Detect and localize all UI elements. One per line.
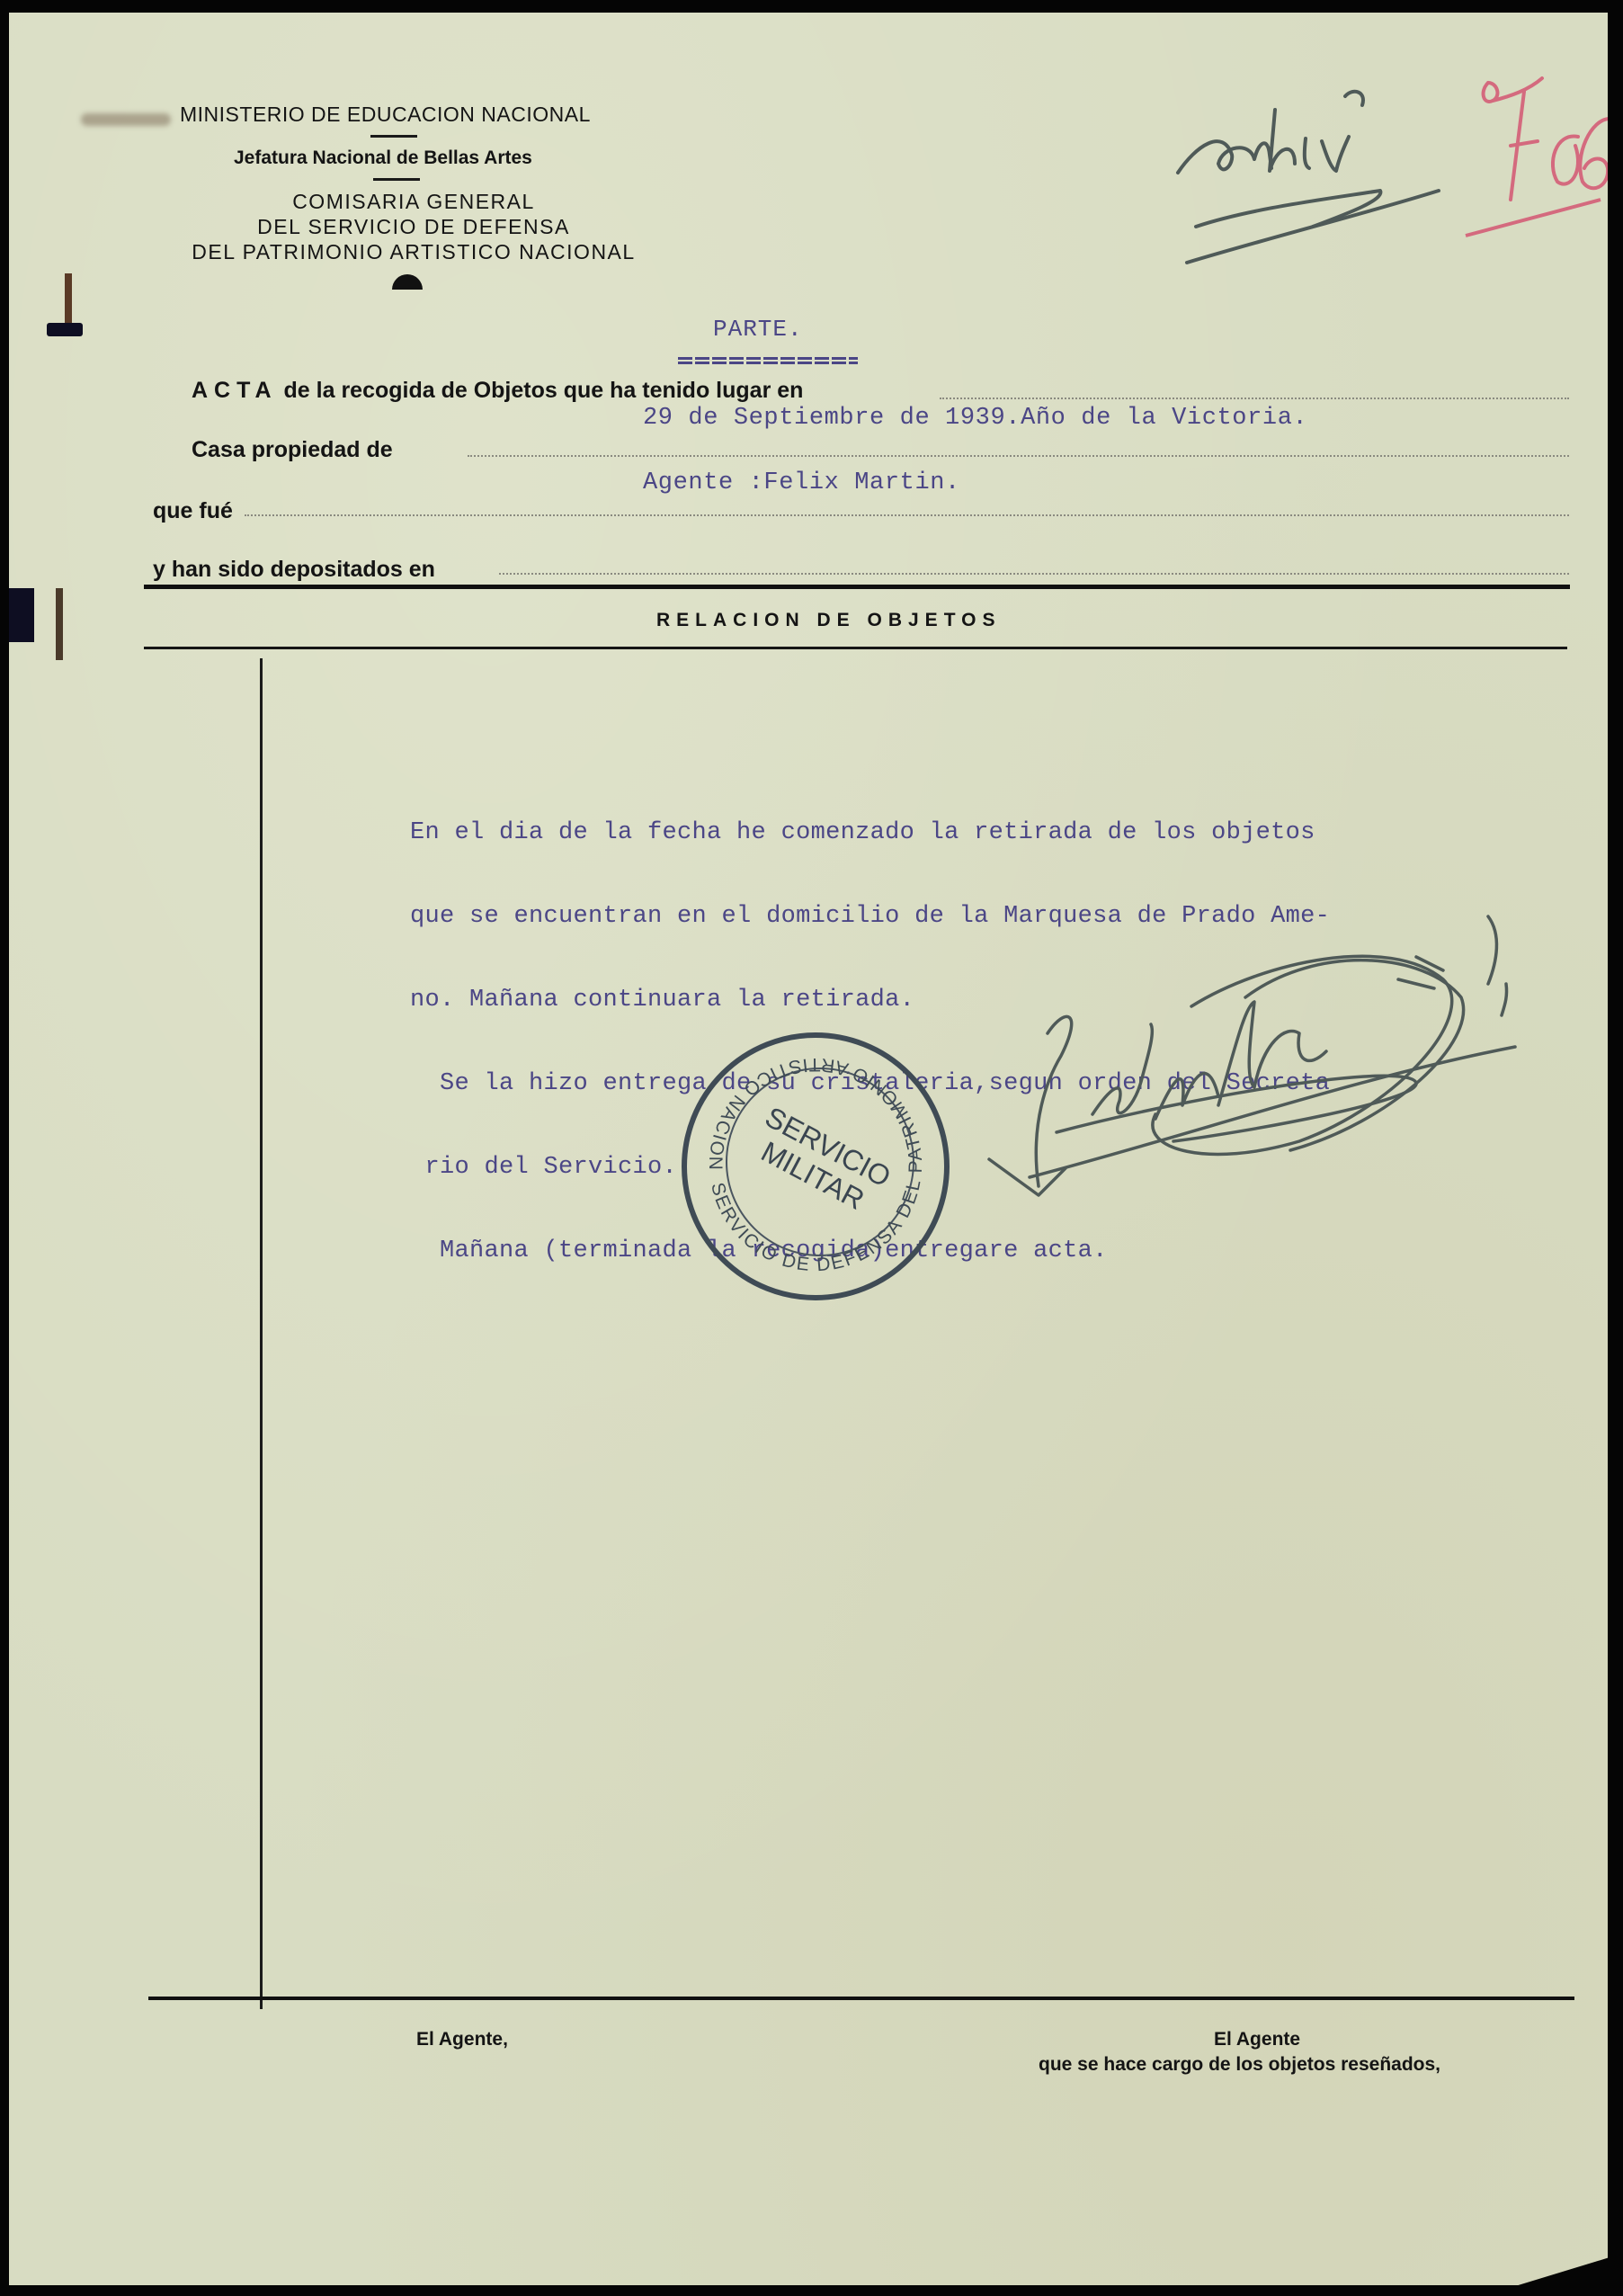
commission-line: DEL PATRIMONIO ARTISTICO NACIONAL [162,239,665,264]
red-underline [1466,200,1601,236]
letterhead-commission: COMISARIA GENERAL DEL SERVICIO DE DEFENS… [162,189,665,264]
commission-line: COMISARIA GENERAL [162,189,665,214]
depositados-label: y han sido depositados en [153,557,435,583]
signature-stroke [1036,1016,1071,1186]
casa-field-line[interactable] [468,455,1569,457]
que-fue-label: que fué [153,498,233,524]
letterhead-department: Jefatura Nacional de Bellas Artes [234,147,532,169]
pencil-archivo-icon [1178,92,1439,263]
acta-label-text: de la recogida de Objetos que ha tenido … [284,378,804,403]
que-fue-field-line[interactable] [245,514,1569,516]
binding-hole-mark [47,323,83,336]
document-page: MINISTERIO DE EDUCACION NACIONAL Jefatur… [9,13,1608,2285]
letterhead-ministry: MINISTERIO DE EDUCACION NACIONAL [180,103,591,127]
red-number-icon [1484,78,1619,200]
typed-title-underline [678,357,858,360]
letterhead-divider [373,178,420,181]
casa-label: Casa propiedad de [192,437,393,463]
section-top-rule [144,585,1570,589]
archive-annotation: 706 [1169,56,1619,290]
official-stamp: SERVICIO DE DEFENSA DEL PATRIMONIO ARTIS… [678,1027,953,1306]
acta-label: ACTA de la recogida de Objetos que ha te… [192,378,803,404]
ink-smudge [81,113,171,126]
depositados-field-line[interactable] [499,573,1569,575]
acta-field-line[interactable] [940,398,1569,399]
binding-hole-mark [65,273,72,327]
margin-rule [260,658,263,2009]
section-title: RELACION DE OBJETOS [656,610,1001,631]
binding-tear [9,588,34,642]
typed-title: PARTE. [713,316,803,343]
section-bottom-rule [144,647,1567,649]
casa-field-value[interactable]: Agente :Felix Martin. [643,469,960,496]
letterhead-divider [370,135,417,138]
footer-agent-label: El Agente, [416,2029,508,2050]
footer-rule [148,1997,1574,2000]
footer-receiving-agent-label: El Agente [1214,2029,1300,2050]
acta-field-value[interactable]: 29 de Septiembre de 1939.Año de la Victo… [643,405,1307,432]
footer-receiving-agent-caption: que se hace cargo de los objetos reseñad… [1039,2054,1440,2076]
body-line: En el dia de la fecha he comenzado la re… [410,819,1330,847]
binding-hole-mark [56,588,63,660]
signature: Felix Martin [976,898,1551,1204]
commission-line: DEL SERVICIO DE DEFENSA [162,214,665,239]
emblem-icon [392,274,423,290]
acta-prefix: ACTA [192,378,278,403]
